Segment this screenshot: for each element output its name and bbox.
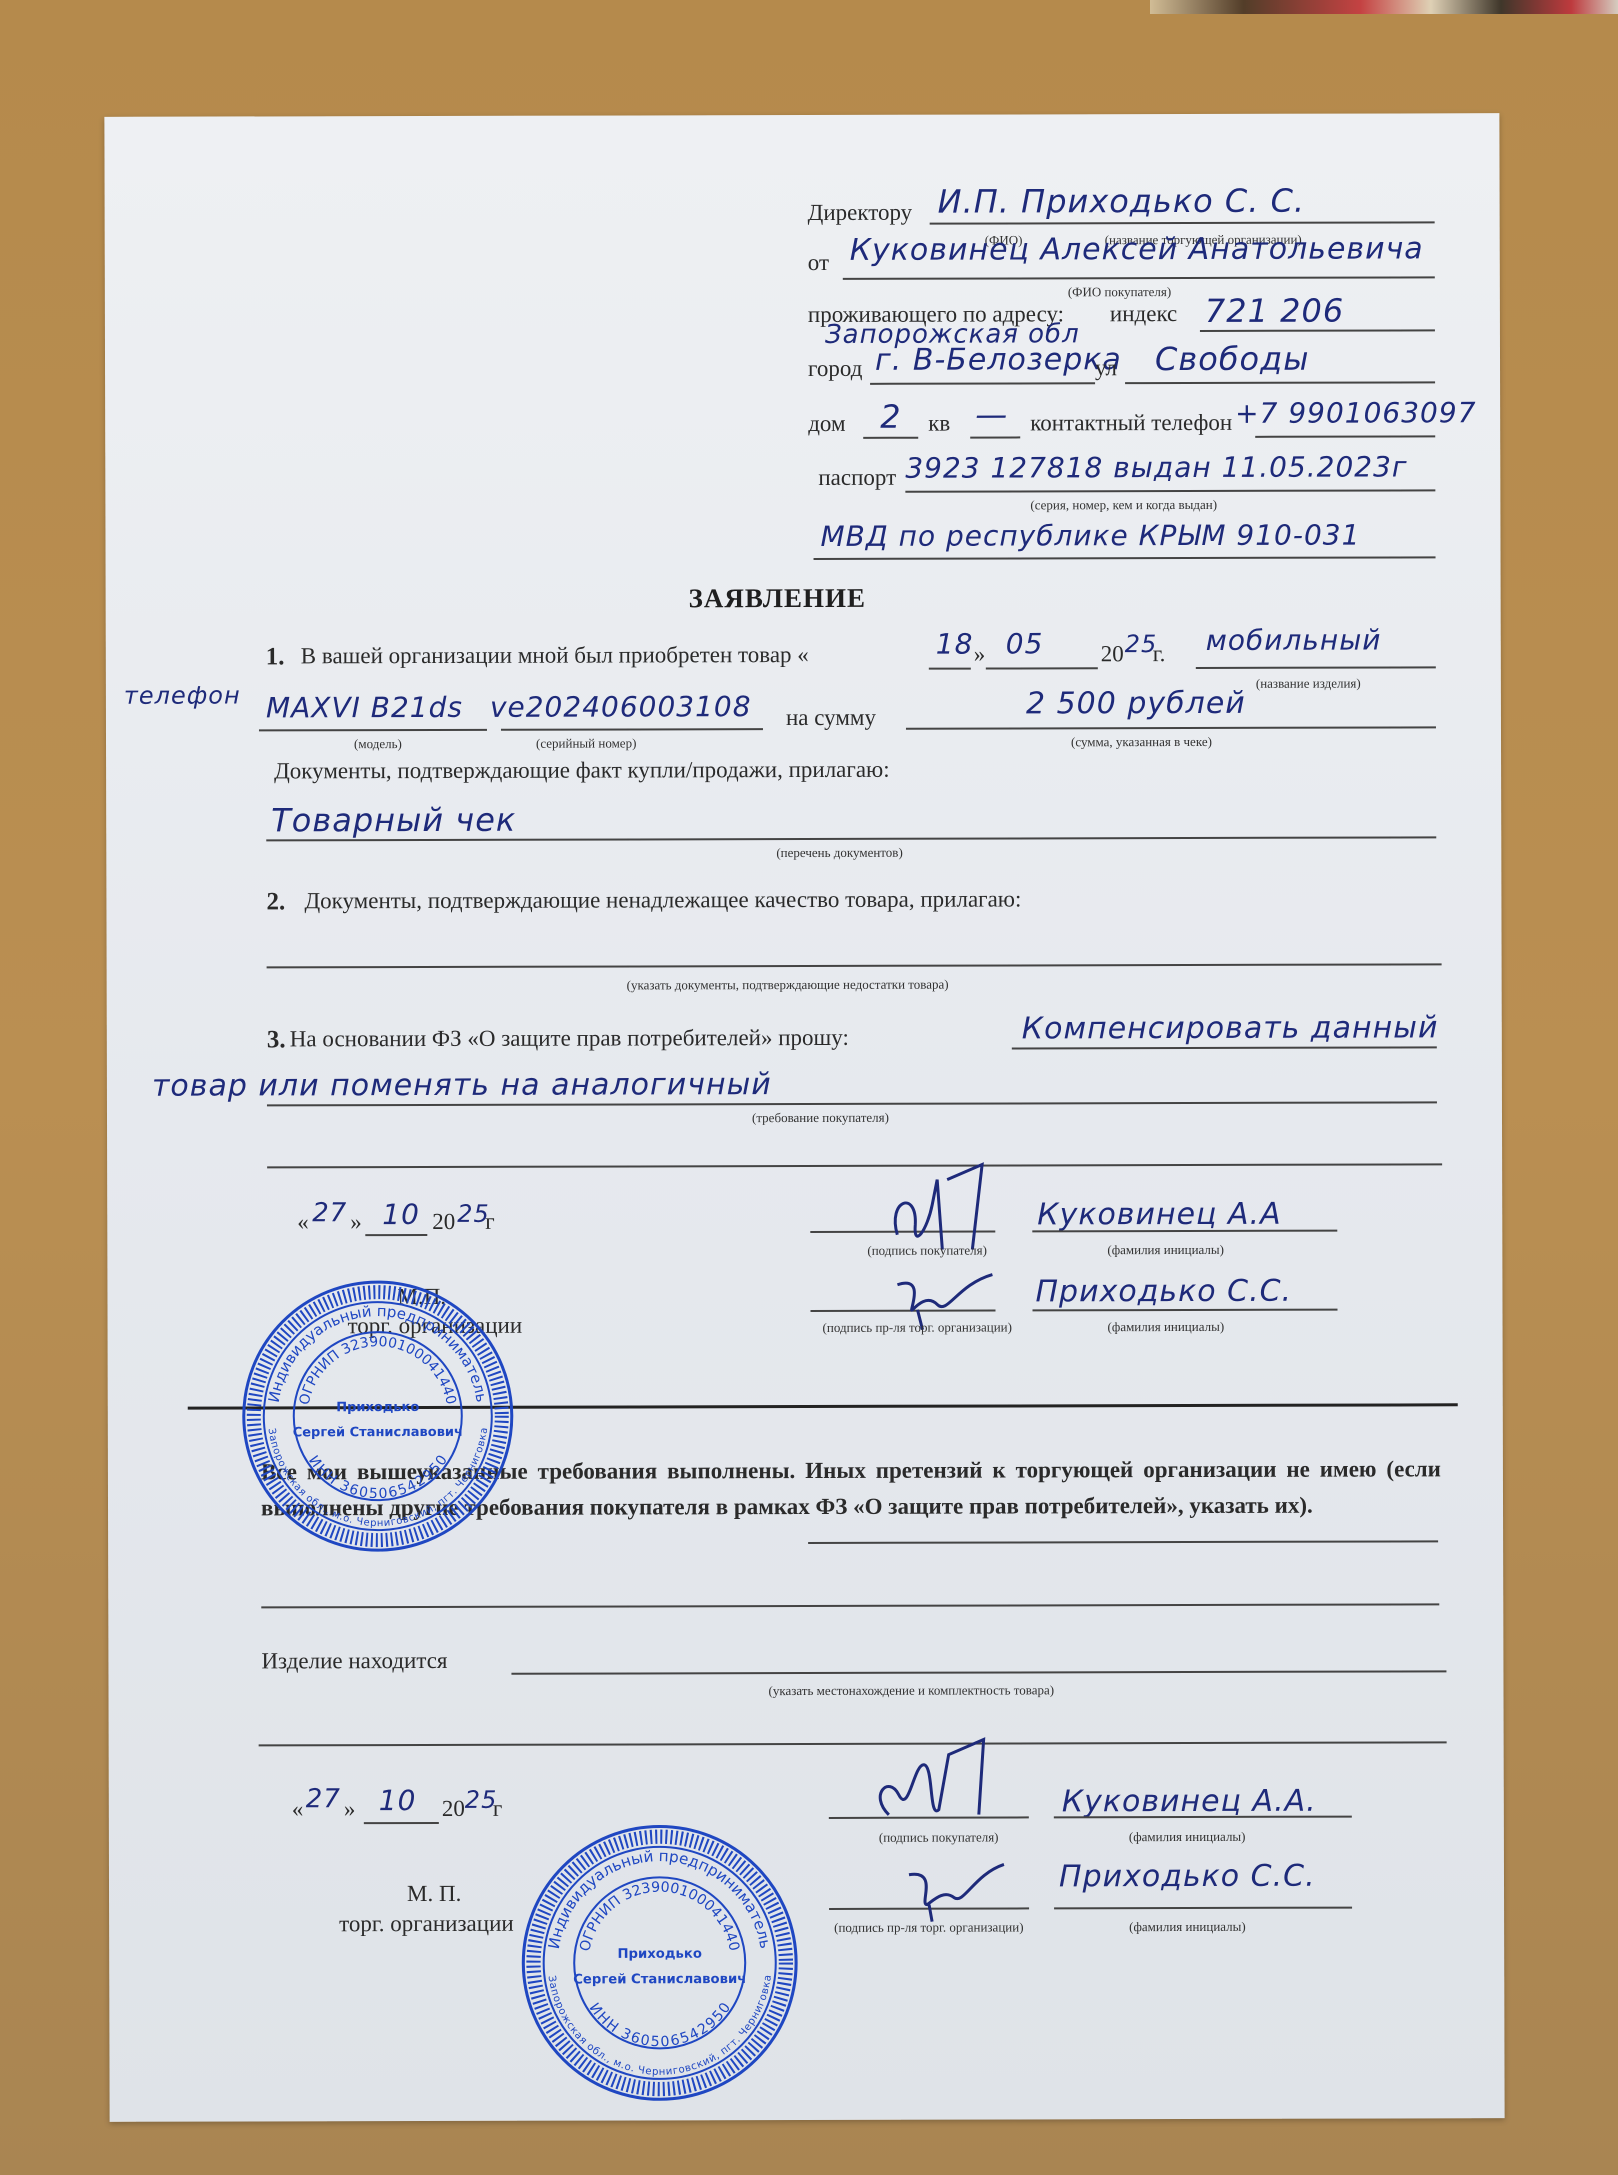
serial-line <box>501 728 763 731</box>
sum-label: на сумму <box>786 705 876 731</box>
svg-text:ИНН 360506542950: ИНН 360506542950 <box>586 2000 735 2051</box>
product-name-line <box>1196 666 1436 669</box>
sig1-seller-sig-caption: (подпись пр-ля торг. организации) <box>823 1319 1012 1335</box>
sig2-year-prefix: 20 <box>442 1796 465 1822</box>
stamp-name-line1: Приходько <box>336 1400 419 1415</box>
application-form-sheet: Директору И.П. Приходько С. С. (ФИО) (на… <box>104 113 1504 2122</box>
passport-value: 3923 127818 выдан 11.05.2023г <box>905 450 1407 484</box>
city-label: город <box>808 356 862 382</box>
sig1-date-month: 10 <box>382 1198 420 1231</box>
item-location-label: Изделие находится <box>261 1648 447 1674</box>
sig2-date-open: « <box>292 1796 304 1822</box>
section2-line <box>267 963 1442 968</box>
sig2-buyer-sig-caption: (подпись покупателя) <box>879 1829 999 1845</box>
model-value: MAXVI B21ds <box>266 691 463 725</box>
sig1-buyer-sig-caption: (подпись покупателя) <box>867 1243 987 1259</box>
caption-model: (модель) <box>354 736 402 752</box>
stamp2-name-line1: Приходько <box>617 1947 702 1962</box>
passport-label: паспорт <box>818 465 896 491</box>
sig1-buyer-name: Куковинец А.А <box>1037 1197 1281 1233</box>
sum-value: 2 500 рублей <box>1026 686 1246 722</box>
caption-buyer-fio: (ФИО покупателя) <box>1068 284 1171 300</box>
section2-number: 2. <box>266 888 285 916</box>
background-object-strip <box>1150 0 1618 14</box>
passport-line <box>905 489 1435 492</box>
sig1-seller-name-caption: (фамилия инициалы) <box>1108 1319 1225 1335</box>
index-line <box>1200 329 1435 332</box>
caption-sum: (сумма, указанная в чеке) <box>1071 734 1212 750</box>
sig2-month-line <box>364 1822 439 1824</box>
sig2-seller-sig-caption: (подпись пр-ля торг. организации) <box>834 1919 1023 1935</box>
stamp-name-line2: Сергей Станиславович <box>293 1425 463 1440</box>
sig2-date-month: 10 <box>379 1784 417 1817</box>
year-prefix: 20 <box>1101 641 1124 667</box>
from-line <box>843 276 1435 280</box>
city-line <box>870 382 1095 385</box>
sig2-buyer-name: Куковинец А.А. <box>1062 1784 1317 1820</box>
index-value: 721 206 <box>1205 292 1344 330</box>
street-line <box>1125 381 1435 384</box>
phone-value: +7 9901063097 <box>1235 396 1476 430</box>
sig2-buyer-name-caption: (фамилия инициалы) <box>1129 1829 1246 1845</box>
stamp-ogrnip: ОГРНИП 323900100041440 <box>297 1334 459 1407</box>
section3-number: 3. <box>267 1026 286 1054</box>
caption-request: (требование покупателя) <box>752 1110 889 1126</box>
street-value: Свободы <box>1155 340 1310 378</box>
sig1-date-open: « <box>297 1209 309 1235</box>
from-value: Куковинец Алексей Анатольевича <box>850 231 1424 268</box>
item-location-line2 <box>259 1741 1447 1746</box>
director-value: И.П. Приходько С. С. <box>938 182 1306 221</box>
caption-section2: (указать документы, подтверждающие недос… <box>627 977 949 994</box>
item-location-line <box>511 1670 1446 1674</box>
closing-fill-line1 <box>808 1540 1438 1544</box>
seal-stamp-2: Индивидуальный предприниматель ОГРНИП 32… <box>517 1820 803 2106</box>
sig2-year-end: г <box>493 1796 503 1822</box>
purchase-day: 18 <box>936 628 974 661</box>
sig2-seller-name-caption: (фамилия инициалы) <box>1129 1919 1246 1935</box>
product-name-part1: мобильный <box>1206 623 1382 656</box>
section3-text: На основании ФЗ «О защите прав потребите… <box>290 1025 849 1052</box>
docs-label: Документы, подтверждающие факт купли/про… <box>274 757 890 785</box>
sig2-mp-org: торг. организации <box>339 1911 514 1937</box>
apt-value: — <box>975 395 1008 433</box>
page-title: ЗАЯВЛЕНИЕ <box>689 583 866 614</box>
sig1-year-end: г <box>485 1209 495 1235</box>
phone-line <box>1255 435 1435 437</box>
sig1-seller-name: Приходько С.С. <box>1035 1274 1292 1310</box>
sig1-month-line <box>365 1234 427 1236</box>
section1-number: 1. <box>266 643 285 671</box>
month-line <box>986 667 1098 669</box>
sig1-date-day: 27 <box>312 1198 347 1228</box>
director-line <box>930 221 1435 224</box>
passport-issuer: МВД по республике КРЫМ 910-031 <box>820 519 1360 553</box>
seal-stamp-1: Индивидуальный предприниматель ОГРНИП 32… <box>237 1276 518 1557</box>
sum-line <box>906 726 1436 729</box>
request-line1: Компенсировать данный <box>1022 1010 1439 1046</box>
docs-value: Товарный чек <box>271 801 516 840</box>
stamp2-name-line2: Сергей Станиславович <box>573 1972 746 1987</box>
section1-text: В вашей организации мной был приобретен … <box>301 642 809 669</box>
sig2-seller-name: Приходько С.С. <box>1059 1859 1316 1895</box>
stamp-inn: ИНН 360506542950 <box>305 1452 451 1502</box>
house-line <box>863 437 918 439</box>
house-value: 2 <box>880 398 901 436</box>
apt-label: кв <box>928 411 950 437</box>
sig1-year-prefix: 20 <box>432 1209 455 1235</box>
street-label: ул <box>1095 355 1117 381</box>
from-label: от <box>808 250 829 276</box>
day-line <box>929 668 971 670</box>
sig2-seller-name-line <box>1054 1907 1352 1910</box>
request-line1-rule <box>1012 1046 1437 1049</box>
index-label: индекс <box>1110 301 1177 327</box>
request-line2: товар или поменять на аналогичный <box>152 1067 772 1104</box>
sig2-date-day: 27 <box>306 1784 341 1814</box>
issuer-line <box>814 556 1436 560</box>
caption-product-name: (название изделия) <box>1256 676 1361 692</box>
apt-line <box>970 436 1020 438</box>
svg-text:ОГРНИП 323900100041440: ОГРНИП 323900100041440 <box>577 1879 742 1953</box>
phone-label: контактный телефон <box>1030 410 1232 437</box>
request-line3-rule <box>267 1163 1442 1168</box>
sig2-mp-label: М. П. <box>407 1881 461 1907</box>
year-end: г. <box>1153 641 1166 667</box>
sig1-seller-name-line <box>1033 1309 1338 1312</box>
stamp2-ogrnip: ОГРНИП 323900100041440 <box>577 1879 742 1953</box>
serial-value: ve202406003108 <box>490 690 752 724</box>
caption-passport: (серия, номер, кем и когда выдан) <box>1030 497 1217 513</box>
caption-serial: (серийный номер) <box>536 735 636 751</box>
director-label: Директору <box>808 200 913 226</box>
closing-fill-line2 <box>261 1603 1439 1608</box>
sig1-buyer-name-line <box>1032 1230 1337 1233</box>
house-label: дом <box>808 411 845 437</box>
purchase-month: 05 <box>1006 627 1044 660</box>
caption-item-location: (указать местонахождение и комплектность… <box>768 1682 1054 1699</box>
model-line <box>259 729 487 732</box>
product-name-part2: телефон <box>124 681 241 709</box>
svg-text:ОГРНИП 323900100041440: ОГРНИП 323900100041440 <box>297 1334 459 1407</box>
caption-docs: (перечень документов) <box>776 845 902 861</box>
section2-text: Документы, подтверждающие ненадлежащее к… <box>304 886 1021 914</box>
sig1-buyer-name-caption: (фамилия инициалы) <box>1107 1242 1224 1258</box>
stamp2-inn: ИНН 360506542950 <box>586 2000 735 2051</box>
sig2-buyer-signature <box>869 1734 1009 1834</box>
city-value: г. В-Белозерка <box>875 342 1122 378</box>
svg-text:ИНН 360506542950: ИНН 360506542950 <box>305 1452 451 1502</box>
